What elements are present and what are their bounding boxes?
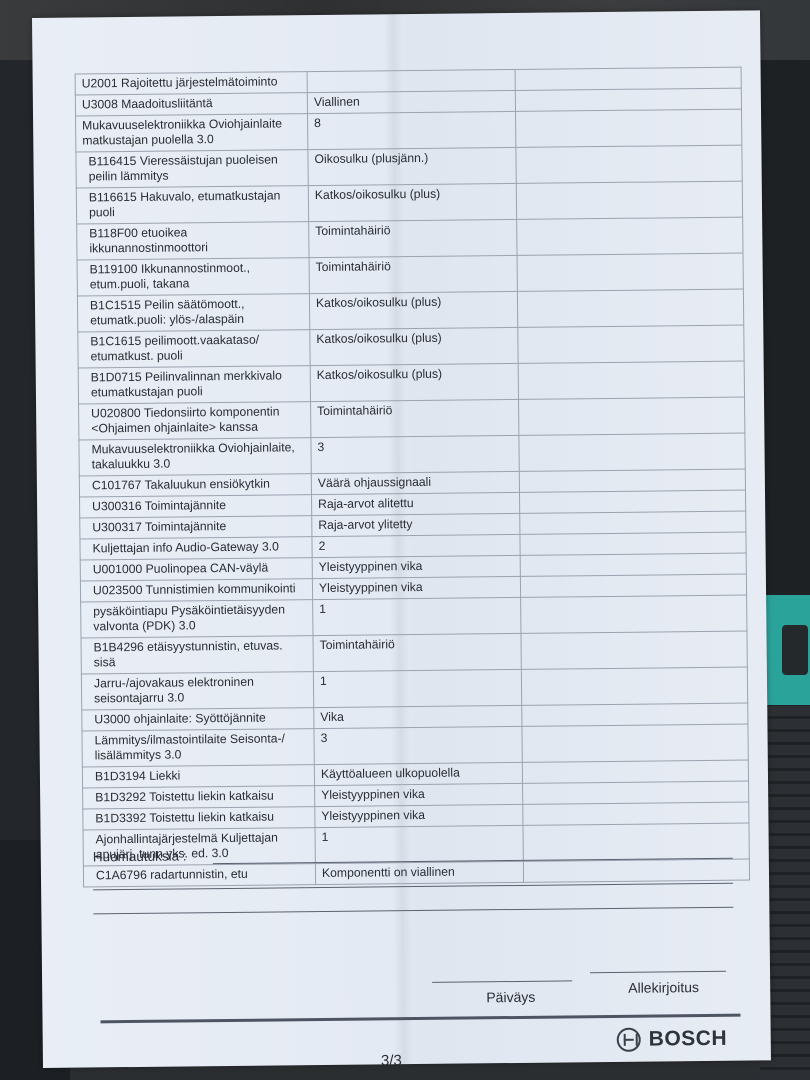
fault-description: B1D0715 Peilinvalinnan merkkivalo etumat… — [78, 366, 310, 404]
fault-description: U020800 Tiedonsiirto komponentin <Ohjaim… — [79, 402, 311, 440]
fault-status: Komponentti on viallinen — [315, 861, 523, 884]
fault-status: Oikosulku (plusjänn.) — [308, 147, 516, 185]
fault-description: C101767 Takaluukun ensiökytkin — [79, 474, 311, 497]
fault-description: B1C1515 Peilin säätömoott., etumatk.puol… — [77, 294, 309, 332]
fault-description: B116615 Hakuvalo, etumatkustajan puoli — [76, 186, 308, 224]
fault-status: Yleistyyppinen vika — [312, 555, 520, 578]
fault-status: Käyttöalueen ulkopuolella — [314, 762, 522, 785]
diagnostic-report-page: U2001 Rajoitettu järjestelmätoimintoU300… — [32, 10, 771, 1068]
fault-description: Jarru-/ajovakaus elektroninen seisontaja… — [81, 672, 313, 710]
notes-cell — [522, 760, 748, 783]
notes-cell — [518, 361, 744, 399]
fault-status: Toimintahäiriö — [309, 255, 517, 293]
fault-description: Mukavuuselektroniikka Oviohjainlaite mat… — [76, 114, 308, 152]
signature-line — [590, 971, 726, 973]
notes-cell — [517, 289, 743, 327]
fault-status: Yleistyyppinen vika — [315, 804, 523, 827]
fault-status: Katkos/oikosulku (plus) — [308, 183, 516, 221]
fault-status: Katkos/oikosulku (plus) — [309, 291, 517, 329]
notes-cell — [523, 859, 749, 882]
fault-status: Väärä ohjaussignaali — [311, 471, 519, 494]
fault-table-body: U2001 Rajoitettu järjestelmätoimintoU300… — [75, 67, 749, 887]
fault-description: B1B4296 etäisyystunnistin, etuvas. sisä — [81, 636, 313, 674]
remarks-label: Huomautuksia : — [93, 848, 187, 864]
page-number: 3/3 — [381, 1052, 402, 1069]
fault-status: Vika — [314, 705, 522, 728]
background-device — [782, 625, 808, 675]
fault-status: 3 — [311, 435, 519, 473]
brand-name: BOSCH — [649, 1027, 728, 1052]
fault-status: Raja-arvot alitettu — [312, 492, 520, 515]
fault-description: B116415 Vieressäistujan puoleisen peilin… — [76, 150, 308, 188]
notes-cell — [516, 181, 742, 219]
fault-description: U023500 Tunnistimien kommunikointi — [80, 579, 312, 602]
fault-status — [307, 69, 515, 92]
notes-cell — [521, 667, 747, 705]
notes-cell — [523, 802, 749, 825]
fault-description: B1D3292 Toistettu liekin katkaisu — [83, 786, 315, 809]
fault-status: Toimintahäiriö — [311, 399, 519, 437]
notes-cell — [520, 553, 746, 576]
remarks-line-3 — [93, 907, 733, 915]
notes-cell — [518, 325, 744, 363]
fault-description: U3008 Maadoitusliitäntä — [75, 93, 307, 116]
date-label: Päiväys — [486, 989, 535, 1006]
fault-description: U001000 Puolinopea CAN-väylä — [80, 558, 312, 581]
notes-cell — [522, 703, 748, 726]
signature-label: Allekirjoitus — [628, 979, 699, 996]
fault-status: Raja-arvot ylitetty — [312, 513, 520, 536]
fault-status: 8 — [308, 111, 516, 149]
fault-description: U2001 Rajoitettu järjestelmätoiminto — [75, 72, 307, 95]
notes-cell — [520, 574, 746, 597]
notes-cell — [517, 253, 743, 291]
fault-description: Lämmitys/ilmastointilaite Seisonta-/ lis… — [82, 729, 314, 767]
fault-description: B1D3194 Liekki — [82, 765, 314, 788]
fault-status: 2 — [312, 534, 520, 557]
fault-description: U3000 ohjainlaite: Syöttöjännite — [82, 708, 314, 731]
notes-cell — [523, 781, 749, 804]
footer-rule — [101, 1014, 741, 1024]
notes-cell — [520, 511, 746, 534]
notes-cell — [520, 532, 746, 555]
fault-status: Yleistyyppinen vika — [315, 783, 523, 806]
fault-status: 1 — [313, 669, 521, 707]
fault-description: Mukavuuselektroniikka Oviohjainlaite, ta… — [79, 438, 311, 476]
date-line — [432, 980, 572, 982]
notes-cell — [517, 217, 743, 255]
notes-cell — [519, 469, 745, 492]
notes-cell — [522, 724, 748, 762]
bosch-logo: BOSCH — [617, 1027, 728, 1052]
notes-cell — [519, 490, 745, 513]
notes-cell — [523, 823, 749, 861]
notes-cell — [516, 109, 742, 147]
fault-description: C1A6796 radartunnistin, etu — [83, 864, 315, 887]
fault-description: B1D3392 Toistettu liekin katkaisu — [83, 807, 315, 830]
notes-cell — [515, 67, 741, 90]
fault-description: B118F00 etuoikea ikkunannostinmoottori — [77, 222, 309, 260]
fault-code-table: U2001 Rajoitettu järjestelmätoimintoU300… — [75, 67, 750, 888]
notes-cell — [515, 88, 741, 111]
notes-cell — [516, 145, 742, 183]
notes-cell — [521, 595, 747, 633]
fault-status: 1 — [315, 825, 523, 863]
fault-status: Toimintahäiriö — [309, 219, 517, 257]
fault-description: U300317 Toimintajännite — [80, 516, 312, 539]
fault-status: 1 — [313, 597, 521, 635]
fault-description: U300316 Toimintajännite — [80, 495, 312, 518]
bosch-armature-icon — [617, 1028, 641, 1052]
fault-status: Viallinen — [307, 90, 515, 113]
fault-status: Toimintahäiriö — [313, 633, 521, 671]
fault-status: Katkos/oikosulku (plus) — [310, 327, 518, 365]
notes-cell — [519, 397, 745, 435]
notes-cell — [519, 433, 745, 471]
fault-status: 3 — [314, 726, 522, 764]
fault-description: B119100 Ikkunannostinmoot., etum.puoli, … — [77, 258, 309, 296]
fault-description: B1C1615 peilimoott.vaakataso/ etumatkust… — [78, 330, 310, 368]
fault-status: Yleistyyppinen vika — [312, 576, 520, 599]
fault-status: Katkos/oikosulku (plus) — [310, 363, 518, 401]
fault-description: pysäköintiapu Pysäköintietäisyyden valvo… — [81, 600, 313, 638]
notes-cell — [521, 631, 747, 669]
fault-description: Kuljettajan info Audio-Gateway 3.0 — [80, 537, 312, 560]
